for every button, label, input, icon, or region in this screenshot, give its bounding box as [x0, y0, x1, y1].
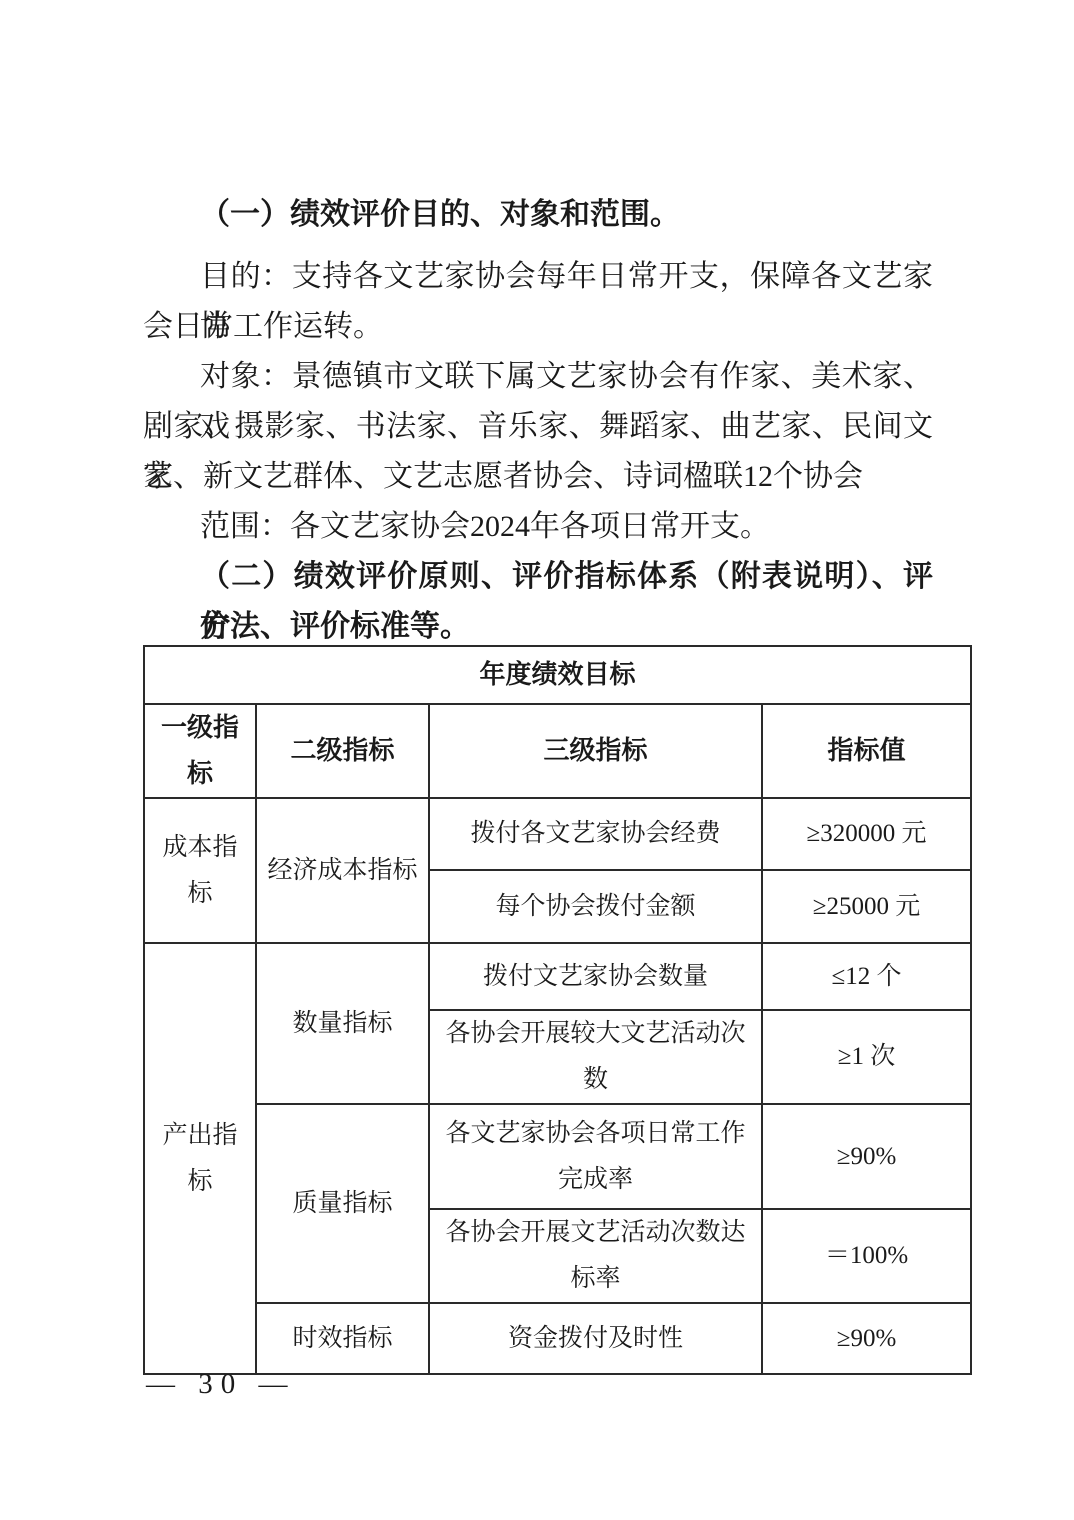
- cell-level1-cost: 成本指标: [144, 798, 256, 943]
- cell-level3: 拨付文艺家协会数量: [429, 943, 762, 1010]
- body-text: （一）绩效评价目的、对象和范围。 目的：支持各文艺家协会每年日常开支，保障各文艺…: [143, 190, 933, 652]
- cell-level3: 每个协会拨付金额: [429, 870, 762, 943]
- purpose-paragraph-line1: 目的：支持各文艺家协会每年日常开支，保障各文艺家协: [143, 252, 933, 302]
- target-paragraph-line2: 剧家、摄影家、书法家、音乐家、舞蹈家、曲艺家、民间文艺: [143, 402, 933, 452]
- scope-paragraph-line: 范围：各文艺家协会2024年各项日常开支。: [143, 502, 933, 552]
- purpose-paragraph-line2: 会日常工作运转。: [143, 302, 933, 352]
- cell-value: ≥320000 元: [762, 798, 971, 870]
- header-level2: 二级指标: [256, 704, 429, 798]
- cell-level1-output: 产出指标: [144, 943, 256, 1374]
- section-one-heading: （一）绩效评价目的、对象和范围。: [143, 190, 933, 240]
- table-row: 质量指标 各文艺家协会各项日常工作完成率 ≥90%: [144, 1104, 971, 1209]
- table-row: 成本指标 经济成本指标 拨付各文艺家协会经费 ≥320000 元: [144, 798, 971, 870]
- annual-performance-target-table: 年度绩效目标 一级指标 二级指标 三级指标 指标值 成本指标 经济成本指标 拨付…: [143, 645, 972, 1375]
- table-row: 产出指标 数量指标 拨付文艺家协会数量 ≤12 个: [144, 943, 971, 1010]
- table-row: 时效指标 资金拨付及时性 ≥90%: [144, 1303, 971, 1374]
- header-value: 指标值: [762, 704, 971, 798]
- cell-level3: 拨付各文艺家协会经费: [429, 798, 762, 870]
- target-paragraph-line3: 家、新文艺群体、文艺志愿者协会、诗词楹联12个协会: [143, 452, 933, 502]
- cell-value: ＝100%: [762, 1209, 971, 1303]
- cell-value: ≥90%: [762, 1303, 971, 1374]
- cell-level2-quantity: 数量指标: [256, 943, 429, 1104]
- header-level3: 三级指标: [429, 704, 762, 798]
- cell-level2-quality: 质量指标: [256, 1104, 429, 1303]
- cell-level3: 各文艺家协会各项日常工作完成率: [429, 1104, 762, 1209]
- cell-value: ≥1 次: [762, 1010, 971, 1104]
- cell-value: ≥25000 元: [762, 870, 971, 943]
- cell-level2-economic-cost: 经济成本指标: [256, 798, 429, 943]
- cell-level3: 资金拨付及时性: [429, 1303, 762, 1374]
- cell-value: ≤12 个: [762, 943, 971, 1010]
- header-level1: 一级指标: [144, 704, 256, 798]
- section-two-heading-line1: （二）绩效评价原则、评价指标体系（附表说明）、评价: [143, 552, 933, 602]
- table-title-row: 年度绩效目标: [144, 646, 971, 704]
- target-paragraph-line1: 对象：景德镇市文联下属文艺家协会有作家、美术家、戏: [143, 352, 933, 402]
- document-page: （一）绩效评价目的、对象和范围。 目的：支持各文艺家协会每年日常开支，保障各文艺…: [0, 0, 1074, 1520]
- page-number: — 30 —: [146, 1368, 296, 1401]
- cell-level2-timeliness: 时效指标: [256, 1303, 429, 1374]
- cell-value: ≥90%: [762, 1104, 971, 1209]
- table-title: 年度绩效目标: [144, 646, 971, 704]
- cell-level3: 各协会开展文艺活动次数达标率: [429, 1209, 762, 1303]
- cell-level3: 各协会开展较大文艺活动次数: [429, 1010, 762, 1104]
- table-header-row: 一级指标 二级指标 三级指标 指标值: [144, 704, 971, 798]
